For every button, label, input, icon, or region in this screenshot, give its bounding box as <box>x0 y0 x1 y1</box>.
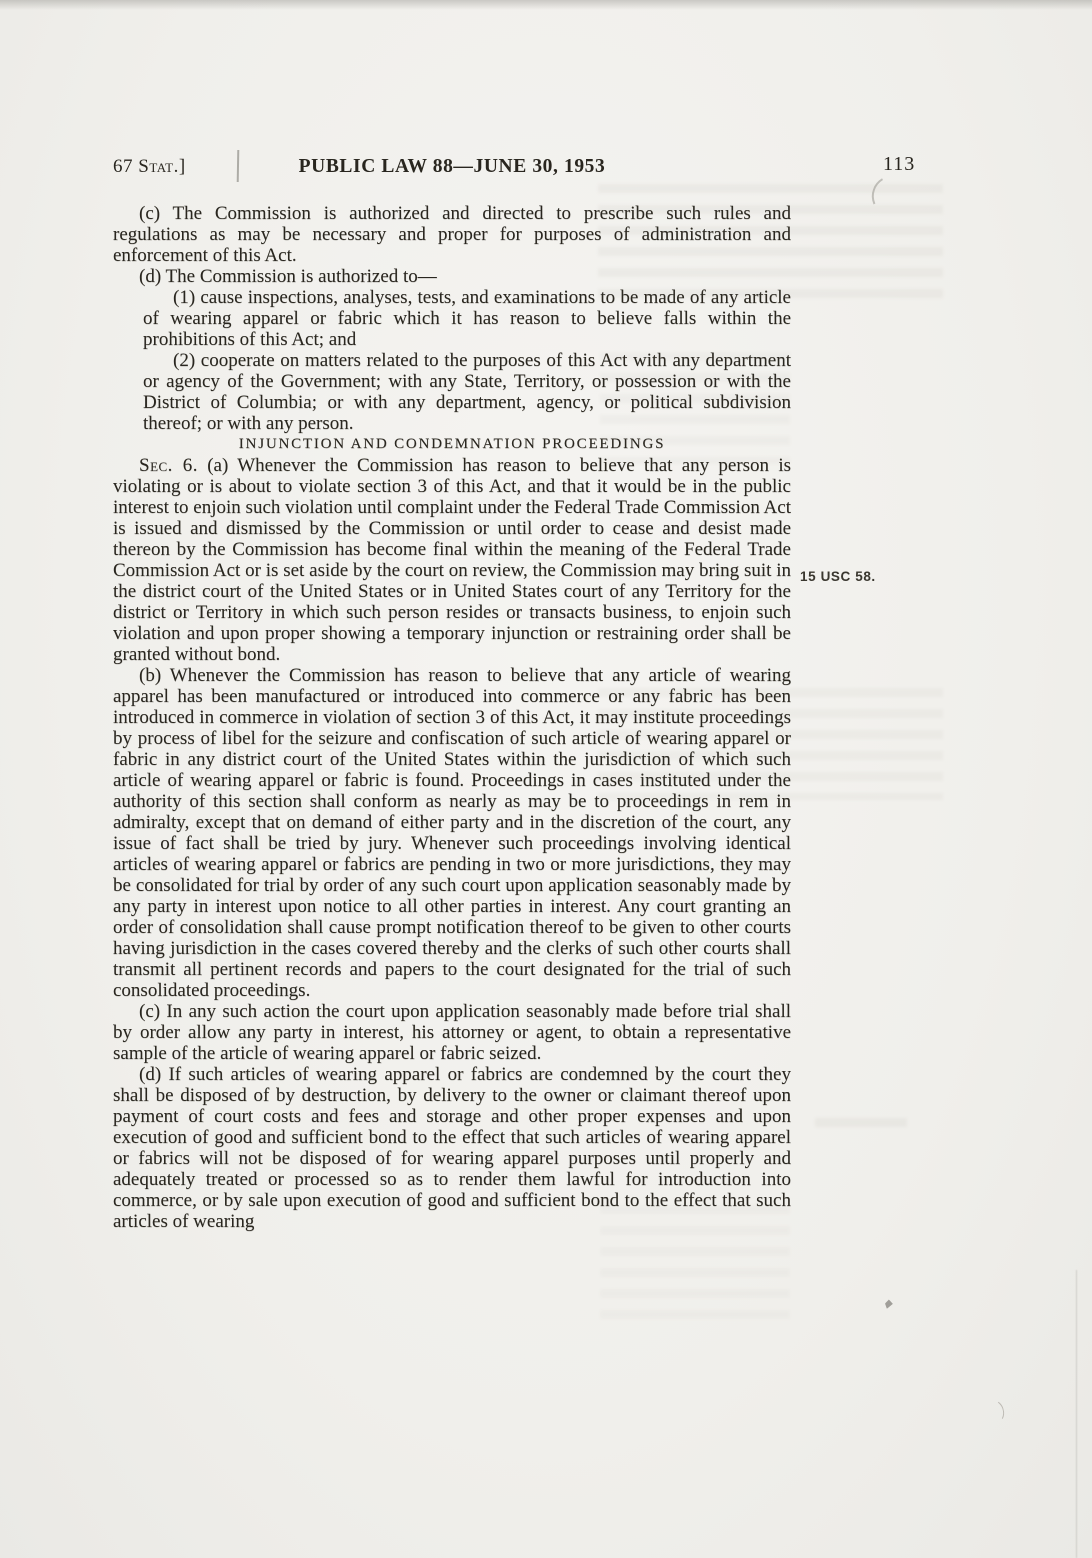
subitem-2: (2) cooperate on matters related to the … <box>143 350 791 434</box>
paragraph-d-intro: (d) The Commission is authorized to— <box>113 266 791 287</box>
paragraph-c: (c) The Commission is authorized and dir… <box>113 203 791 266</box>
section-6-label: Sec. 6. <box>139 455 198 476</box>
section-6a-text: (a) Whenever the Commission has reason t… <box>113 455 791 665</box>
bleedthrough-artifact <box>815 1118 907 1132</box>
section-6d-paragraph: (d) If such articles of wearing apparel … <box>113 1064 791 1232</box>
subitem-1: (1) cause inspections, analyses, tests, … <box>143 287 791 350</box>
section-crossheading: INJUNCTION AND CONDEMNATION PROCEEDINGS <box>113 434 791 455</box>
section-6b-paragraph: (b) Whenever the Commission has reason t… <box>113 665 791 1001</box>
section-6c-paragraph: (c) In any such action the court upon ap… <box>113 1001 791 1064</box>
scanned-statute-page: 67 Stat.] PUBLIC LAW 88—JUNE 30, 1953 11… <box>0 0 1092 1558</box>
paper-edge-shadow <box>1076 1270 1078 1558</box>
scan-speck-artifact <box>883 1299 894 1310</box>
section-6a-paragraph: Sec. 6. (a) Whenever the Commission has … <box>113 455 791 665</box>
scan-pen-mark <box>867 172 911 219</box>
page-number: 113 <box>883 153 915 176</box>
running-head-law-title: PUBLIC LAW 88—JUNE 30, 1953 <box>113 156 791 178</box>
statute-text-column: (c) The Commission is authorized and dir… <box>113 203 791 1232</box>
scan-fiber-artifact <box>981 1398 1006 1426</box>
usc-margin-note: 15 USC 58. <box>800 569 876 584</box>
